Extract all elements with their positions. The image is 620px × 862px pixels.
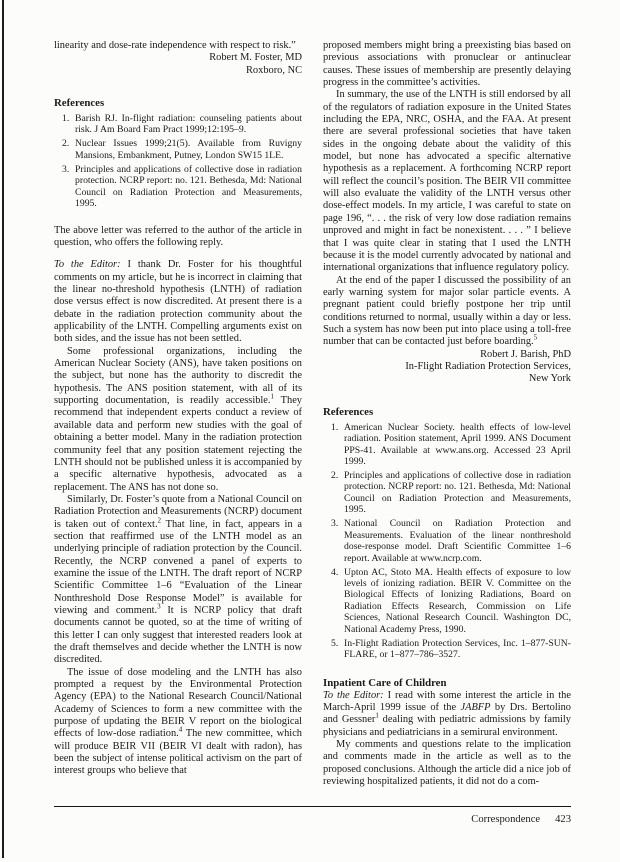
reference-number: 1. — [62, 113, 69, 124]
reference-item: 2.Principles and applications of collect… — [323, 470, 571, 516]
reference-item: 1.American Nuclear Society. health effec… — [323, 422, 571, 468]
left-column: linearity and dose-rate independence wit… — [54, 40, 302, 788]
paragraph: Some professional organizations, includi… — [54, 346, 302, 494]
paragraph: linearity and dose-rate independence wit… — [54, 40, 302, 52]
signature-line: Robert M. Foster, MD — [54, 52, 302, 64]
paragraph: In summary, the use of the LNTH is still… — [323, 89, 571, 274]
paragraph: The issue of dose modeling and the LNTH … — [54, 667, 302, 778]
two-column-text-area: linearity and dose-rate independence wit… — [54, 40, 571, 788]
text-segment: Some professional organizations, includi… — [54, 346, 302, 406]
reference-number: 5. — [331, 638, 338, 649]
signature-line: New York — [323, 373, 571, 385]
signature-line: Roxboro, NC — [54, 65, 302, 77]
page-footer: Correspondence423 — [471, 814, 571, 825]
reference-list: 1.American Nuclear Society. health effec… — [323, 422, 571, 661]
reference-number: 4. — [331, 567, 338, 578]
text-segment: proposed members might bring a preexisti… — [323, 40, 571, 88]
references-heading: References — [54, 97, 302, 110]
text-segment: The above letter was referred to the aut… — [54, 225, 302, 248]
paragraph: Similarly, Dr. Foster’s quote from a Nat… — [54, 494, 302, 667]
signature-line: Robert J. Barish, PhD — [323, 349, 571, 361]
reference-item: 1.Barish RJ. In-flight radiation: counse… — [54, 113, 302, 136]
text-segment: Barish RJ. In-flight radiation: counseli… — [75, 113, 302, 135]
text-segment: Upton AC, Stoto MA. Health effects of ex… — [344, 567, 571, 635]
text-segment: In summary, the use of the LNTH is still… — [323, 89, 571, 273]
reference-number: 2. — [331, 470, 338, 481]
reference-item: 3.Principles and applications of collect… — [54, 164, 302, 210]
paragraph: To the Editor: I read with some interest… — [323, 690, 571, 739]
text-segment: In-Flight Radiation Protection Services,… — [344, 638, 571, 660]
right-column: proposed members might bring a preexisti… — [323, 40, 571, 788]
signature-block: Robert M. Foster, MDRoxboro, NC — [54, 52, 302, 77]
text-segment: That line, in fact, appears in a section… — [54, 519, 302, 616]
reference-item: 4.Upton AC, Stoto MA. Health effects of … — [323, 567, 571, 636]
reference-item: 5.In-Flight Radiation Protection Service… — [323, 638, 571, 661]
paragraph: proposed members might bring a preexisti… — [323, 40, 571, 89]
paragraph: The above letter was referred to the aut… — [54, 225, 302, 250]
reference-number: 3. — [62, 164, 69, 175]
references-heading: References — [323, 406, 571, 419]
footer-section-label: Correspondence — [471, 814, 540, 825]
text-segment: Principles and applications of collectiv… — [75, 164, 302, 209]
reference-number: 3. — [331, 518, 338, 529]
text-segment: They recommend that independent experts … — [54, 395, 302, 492]
text-segment: linearity and dose-rate independence wit… — [54, 40, 296, 51]
paragraph: To the Editor: I thank Dr. Foster for hi… — [54, 259, 302, 345]
reference-list: 1.Barish RJ. In-flight radiation: counse… — [54, 113, 302, 210]
reference-item: 3.National Council on Radiation Protecti… — [323, 518, 571, 564]
signature-line: In-Flight Radiation Protection Services, — [323, 361, 571, 373]
text-segment: To the Editor: — [323, 690, 384, 701]
page-edge-scan-line — [2, 0, 4, 858]
text-segment: Nuclear Issues 1999;21(5). Available fro… — [75, 138, 302, 160]
journal-page: linearity and dose-rate independence wit… — [0, 0, 620, 862]
reference-superscript: 5 — [534, 334, 538, 342]
paragraph: At the end of the paper I discussed the … — [323, 275, 571, 349]
reference-number: 1. — [331, 422, 338, 433]
footer-rule — [54, 806, 571, 807]
text-segment: National Council on Radiation Protection… — [344, 518, 571, 563]
section-heading: Inpatient Care of Children — [323, 677, 571, 690]
signature-block: Robert J. Barish, PhDIn-Flight Radiation… — [323, 349, 571, 386]
reference-item: 2.Nuclear Issues 1999;21(5). Available f… — [54, 138, 302, 161]
reference-number: 2. — [62, 138, 69, 149]
text-segment: American Nuclear Society. health effects… — [344, 422, 571, 467]
text-segment: Principles and applications of collectiv… — [344, 470, 571, 515]
paragraph: My comments and questions relate to the … — [323, 739, 571, 788]
text-segment: JABFP — [461, 702, 491, 713]
footer-page-number: 423 — [555, 814, 571, 825]
text-segment: My comments and questions relate to the … — [323, 739, 571, 787]
text-segment: To the Editor: — [54, 259, 121, 270]
text-segment: I thank Dr. Foster for his thoughtful co… — [54, 259, 302, 344]
